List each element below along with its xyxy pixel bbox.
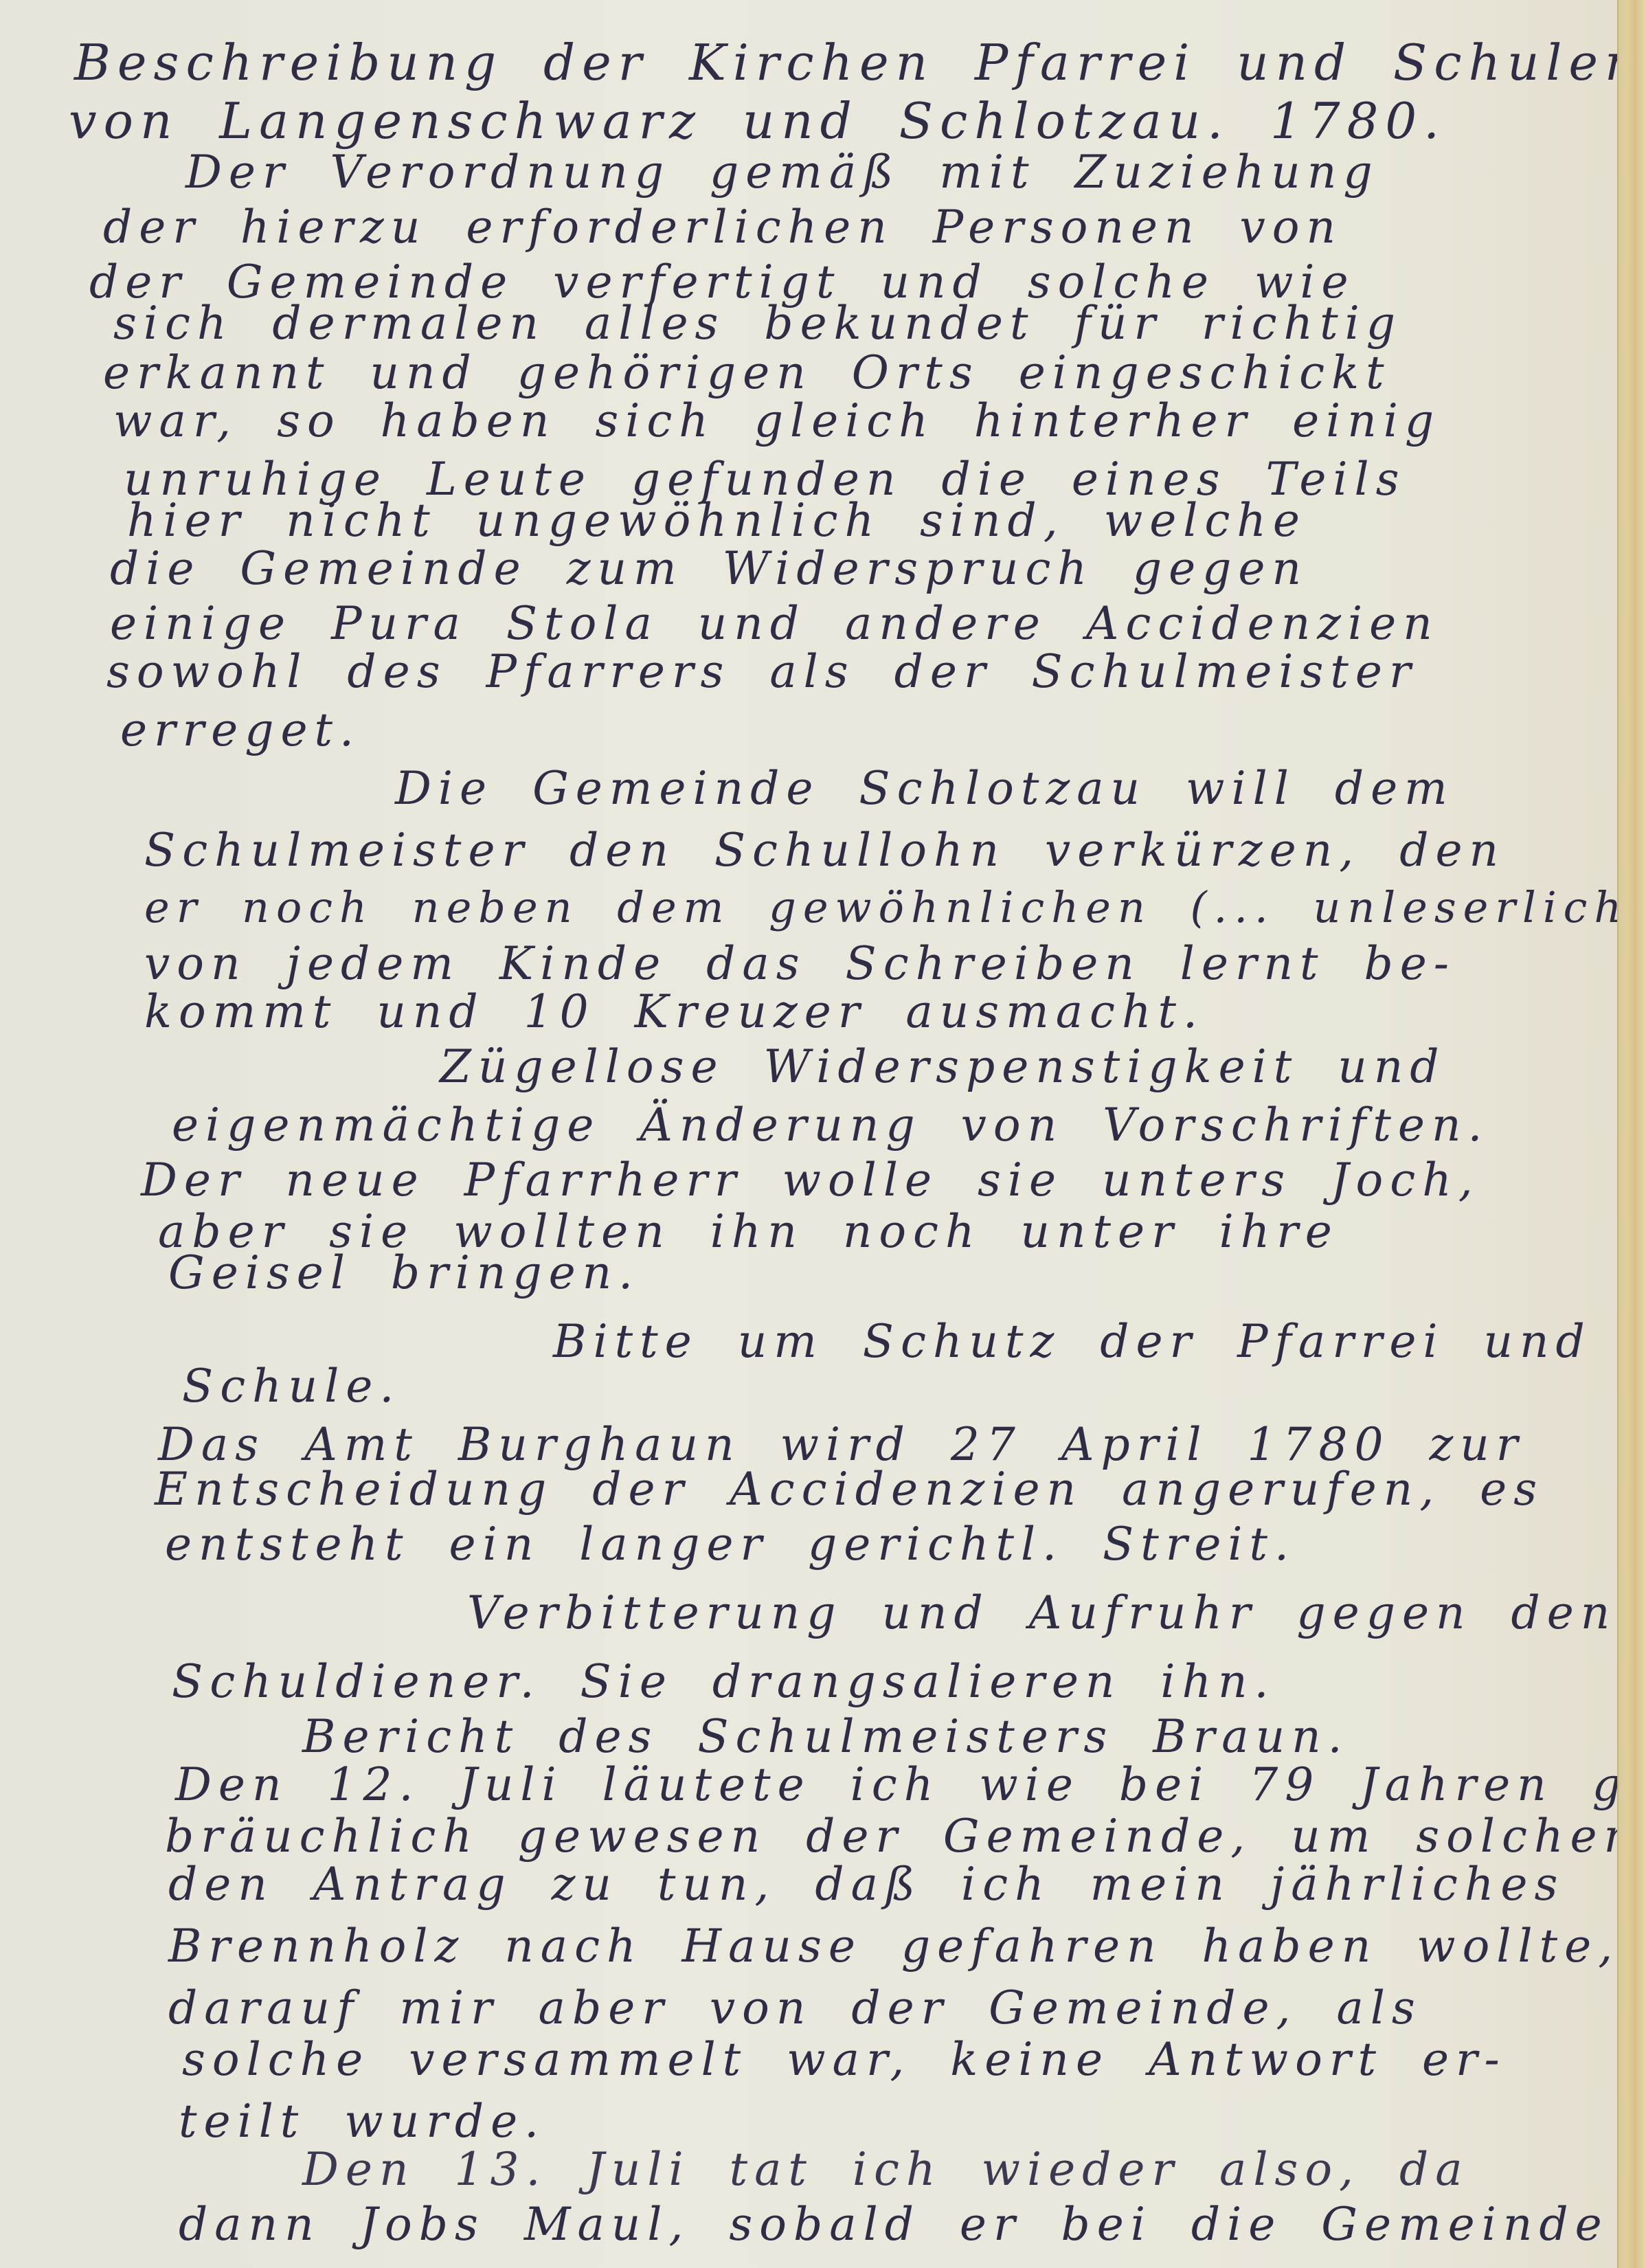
text-line: Den 13. Juli tat ich wieder also, da xyxy=(302,2147,1469,2192)
text-line: er noch neben dem gewöhnlichen (... unle… xyxy=(144,886,1646,929)
text-line: sich dermalen alles bekundet für richtig xyxy=(113,301,1402,346)
text-line: erkannt und gehörigen Orts eingeschickt xyxy=(103,350,1391,396)
page-edge xyxy=(1617,0,1646,2268)
text-line: von jedem Kinde das Schreiben lernt be- xyxy=(144,941,1456,987)
text-line: entsteht ein langer gerichtl. Streit. xyxy=(165,1522,1296,1567)
text-line: Die Gemeinde Schlotzau will dem xyxy=(395,766,1454,811)
text-line: bräuchlich gewesen der Gemeinde, um solc… xyxy=(165,1814,1632,1859)
text-line: war, so haben sich gleich hinterher eini… xyxy=(113,398,1441,444)
manuscript-page: Beschreibung der Kirchen Pfarrei und Sch… xyxy=(0,0,1619,2268)
text-line: hier nicht ungewöhnlich sind, welche xyxy=(127,498,1307,543)
text-line: solche versammelt war, keine Antwort er- xyxy=(182,2037,1507,2082)
title-line-1: Beschreibung der Kirchen Pfarrei und Sch… xyxy=(74,38,1643,87)
text-line: die Gemeinde zum Widerspruch gegen xyxy=(110,546,1308,592)
text-line: Verbitterung und Aufruhr gegen den xyxy=(467,1591,1616,1636)
text-line: Bericht des Schulmeisters Braun. xyxy=(302,1714,1349,1760)
text-line: eigenmächtige Änderung von Vorschriften. xyxy=(172,1103,1489,1148)
text-line: Den 12. Juli läutete ich wie bei 79 Jahr… xyxy=(175,1762,1646,1808)
text-line: Bitte um Schutz der Pfarrei und xyxy=(553,1319,1592,1365)
text-line: Brennholz nach Hause gefahren haben woll… xyxy=(168,1924,1619,1969)
text-line: einige Pura Stola und andere Accidenzien xyxy=(110,601,1439,647)
text-line: der hierzu erforderlichen Personen von xyxy=(103,205,1342,250)
text-line: Zügellose Widerspenstigkeit und xyxy=(440,1044,1446,1090)
text-line: Geisel bringen. xyxy=(168,1250,640,1296)
text-line: teilt wurde. xyxy=(179,2099,545,2144)
text-line: dann Jobs Maul, sobald er bei die Gemein… xyxy=(179,2202,1609,2247)
text-line: kommt und 10 Kreuzer ausmacht. xyxy=(144,989,1204,1035)
text-line: Schule. xyxy=(182,1364,401,1409)
text-line: sowohl des Pfarrers als der Schulmeister xyxy=(106,649,1418,695)
text-line: den Antrag zu tun, daß ich mein jährlich… xyxy=(168,1862,1564,1907)
text-line: Der neue Pfarrherr wolle sie unters Joch… xyxy=(141,1158,1480,1203)
text-line: Schuldiener. Sie drangsalieren ihn. xyxy=(172,1659,1276,1705)
text-line: Das Amt Burghaun wird 27 April 1780 zur xyxy=(158,1422,1524,1468)
text-line: Schulmeister den Schullohn verkürzen, de… xyxy=(144,828,1505,873)
text-line: Der Verordnung gemäß mit Zuziehung xyxy=(185,150,1379,195)
text-line: darauf mir aber von der Gemeinde, als xyxy=(168,1986,1422,2031)
text-line: Entscheidung der Accidenzien angerufen, … xyxy=(155,1467,1544,1512)
text-line: erreget. xyxy=(120,708,361,753)
title-line-2: von Langenschwarz und Schlotzau. 1780. xyxy=(69,96,1446,146)
